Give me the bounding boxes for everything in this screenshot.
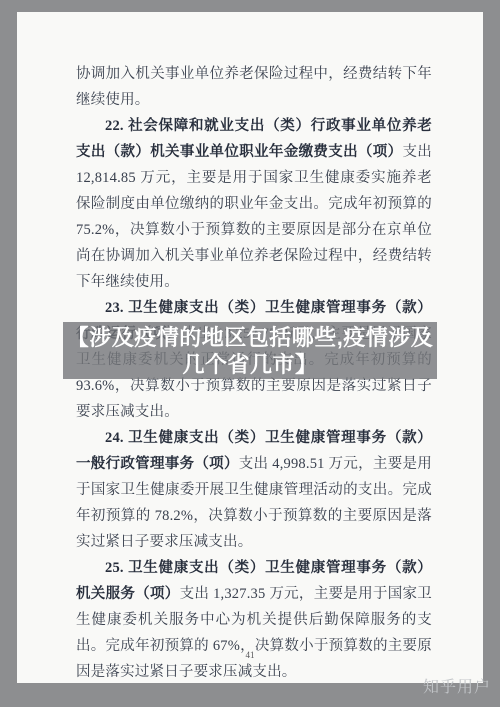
screenshot-root: { "colors": { "frame_bg": "#8d8e90", "pa…: [0, 0, 500, 707]
paragraph: 24. 卫生健康支出（类）卫生健康管理事务（款）一般行政管理事务（项）支出 4,…: [76, 425, 432, 555]
caption-line-1: 【涉及疫情的地区包括哪些,疫情涉及: [67, 324, 434, 351]
heading-segment: 22. 社会保障和就业支出（类）行政事业单位养老支出（款）机关事业单位职业年金缴…: [76, 118, 432, 160]
page-number: 41: [17, 650, 483, 660]
paragraph: 25. 卫生健康支出（类）卫生健康管理事务（款）机关服务（项）支出 1,327.…: [76, 555, 432, 685]
text-segment: 支出 12,814.85 万元，主要是用于国家卫生健康委实施养老保险制度由单位缴…: [76, 144, 432, 290]
caption-line-2: 几个省几市】: [182, 351, 317, 378]
paragraph: 协调加入机关事业单位养老保险过程中，经费结转下年继续使用。: [76, 61, 432, 113]
text-segment: 协调加入机关事业单位养老保险过程中，经费结转下年继续使用。: [76, 66, 432, 108]
caption-overlay: 【涉及疫情的地区包括哪些,疫情涉及 几个省几市】: [63, 322, 437, 379]
photo-frame: 协调加入机关事业单位养老保险过程中，经费结转下年继续使用。22. 社会保障和就业…: [0, 0, 500, 707]
paragraph: 22. 社会保障和就业支出（类）行政事业单位养老支出（款）机关事业单位职业年金缴…: [76, 113, 432, 295]
watermark: 知乎用户: [423, 674, 491, 697]
